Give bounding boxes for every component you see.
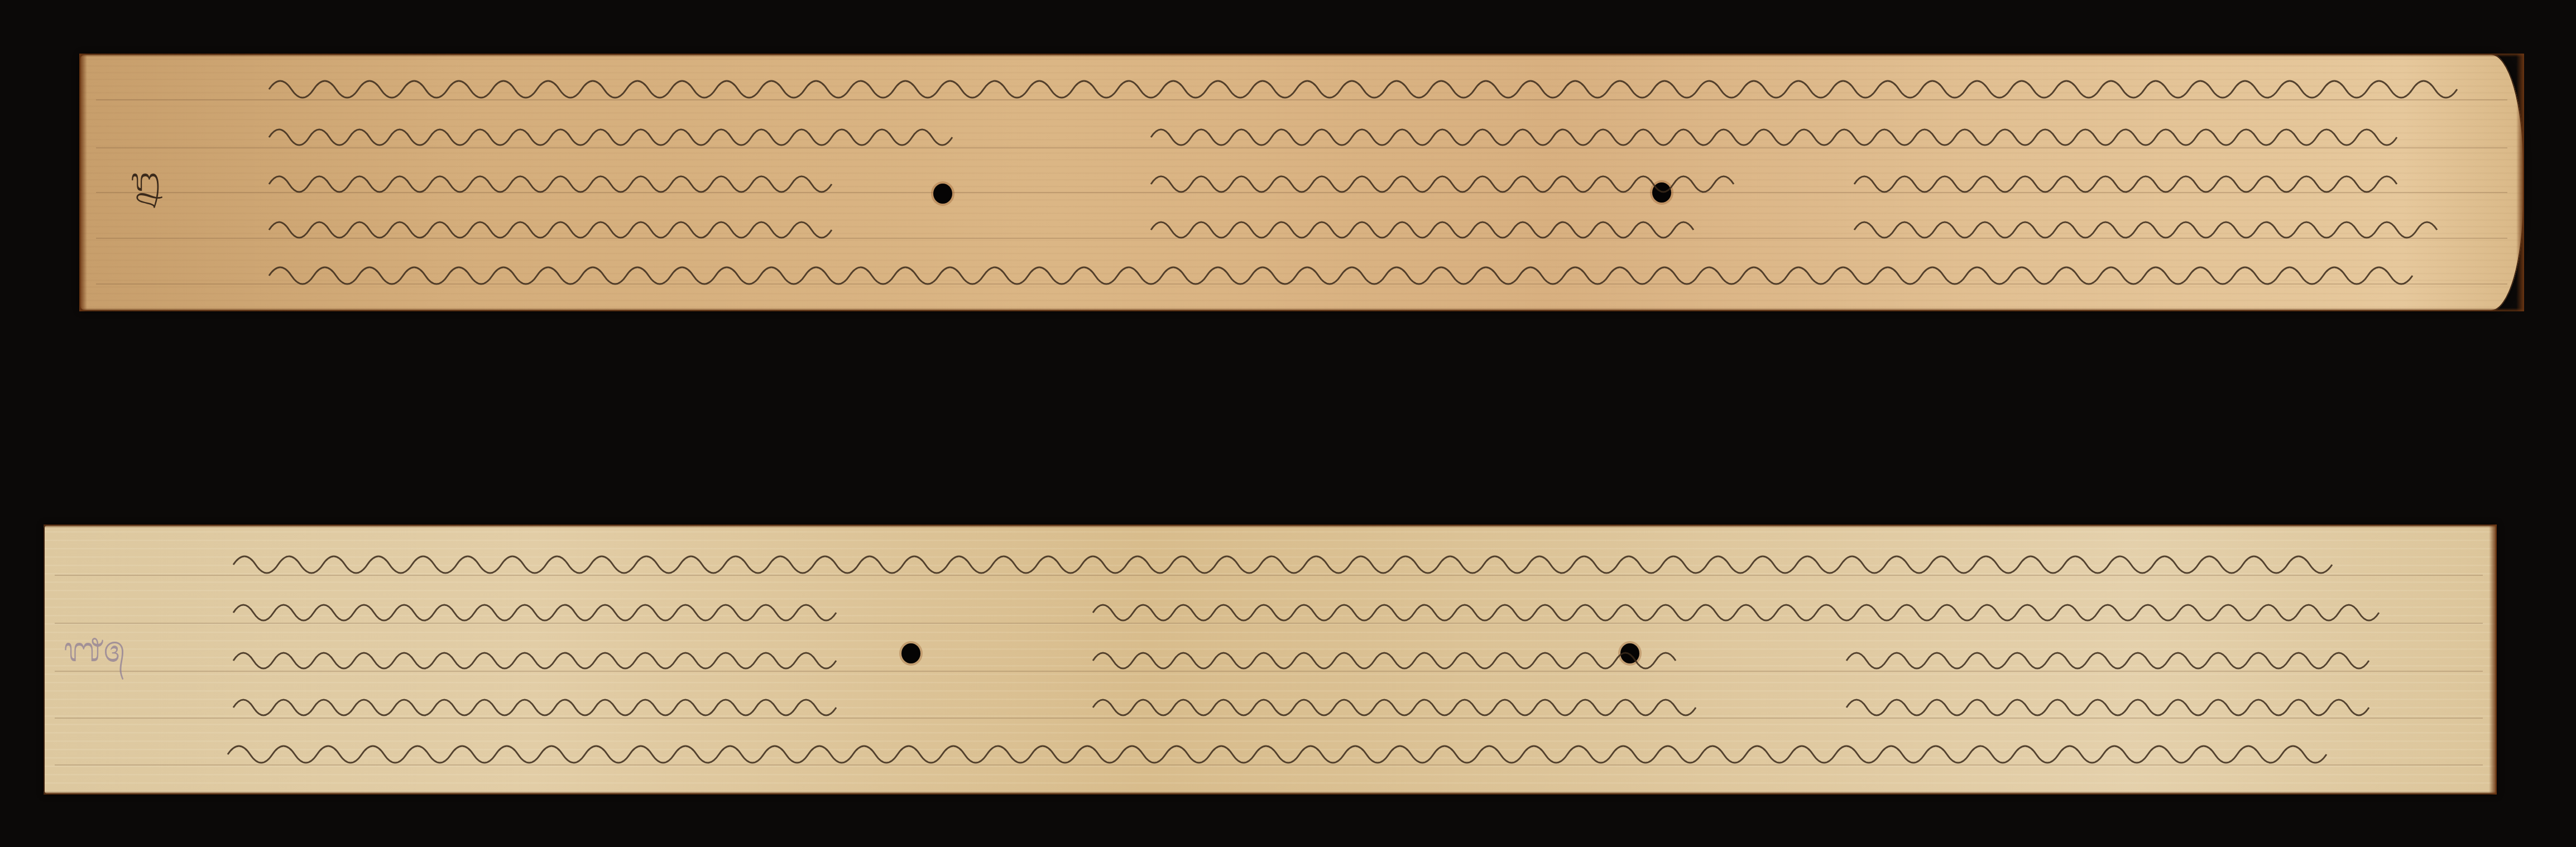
script-line: Balinese script line 5 (228, 726, 2405, 771)
leaf-edge (2489, 524, 2497, 795)
handwriting-strokes (233, 680, 2410, 724)
folio-number-pencil: ᭑᭕ (64, 633, 125, 667)
handwriting-strokes (269, 248, 2418, 292)
leaf-edge (79, 308, 2524, 311)
script-line: Balinese script line 5 (269, 248, 2418, 292)
leaf-edge (79, 54, 2524, 57)
handwriting-strokes (269, 156, 2418, 201)
script-line: Balinese script line 2 (233, 585, 2410, 629)
script-line: Balinese script line 3 (269, 156, 2418, 201)
handwriting-strokes (269, 202, 2418, 247)
script-line: Balinese script line 3 (233, 633, 2410, 677)
script-line: Balinese script line 2 (269, 109, 2418, 154)
handwriting-strokes (233, 585, 2410, 629)
script-line: Balinese script line 1 (269, 61, 2418, 106)
folio-number: ᭒ (131, 165, 160, 196)
leaf-edge (2516, 54, 2524, 311)
script-line: Balinese script line 1 (233, 537, 2410, 581)
leaf-edge (44, 524, 2497, 528)
handwriting-strokes (269, 61, 2418, 106)
leaf-edge (79, 54, 87, 311)
handwriting-strokes (233, 633, 2410, 677)
handwriting-strokes (269, 109, 2418, 154)
script-line: Balinese script line 4 (269, 202, 2418, 247)
script-line: Balinese script line 4 (233, 680, 2410, 724)
palm-leaf-bottom: ᭑᭕ Balinese script line 1 Balinese scrip… (44, 524, 2497, 795)
handwriting-strokes (233, 537, 2410, 581)
leaf-edge (44, 791, 2497, 795)
handwriting-strokes (228, 726, 2405, 771)
palm-leaf-top: ᭒ Balinese script line 1 Balinese script… (79, 54, 2524, 311)
